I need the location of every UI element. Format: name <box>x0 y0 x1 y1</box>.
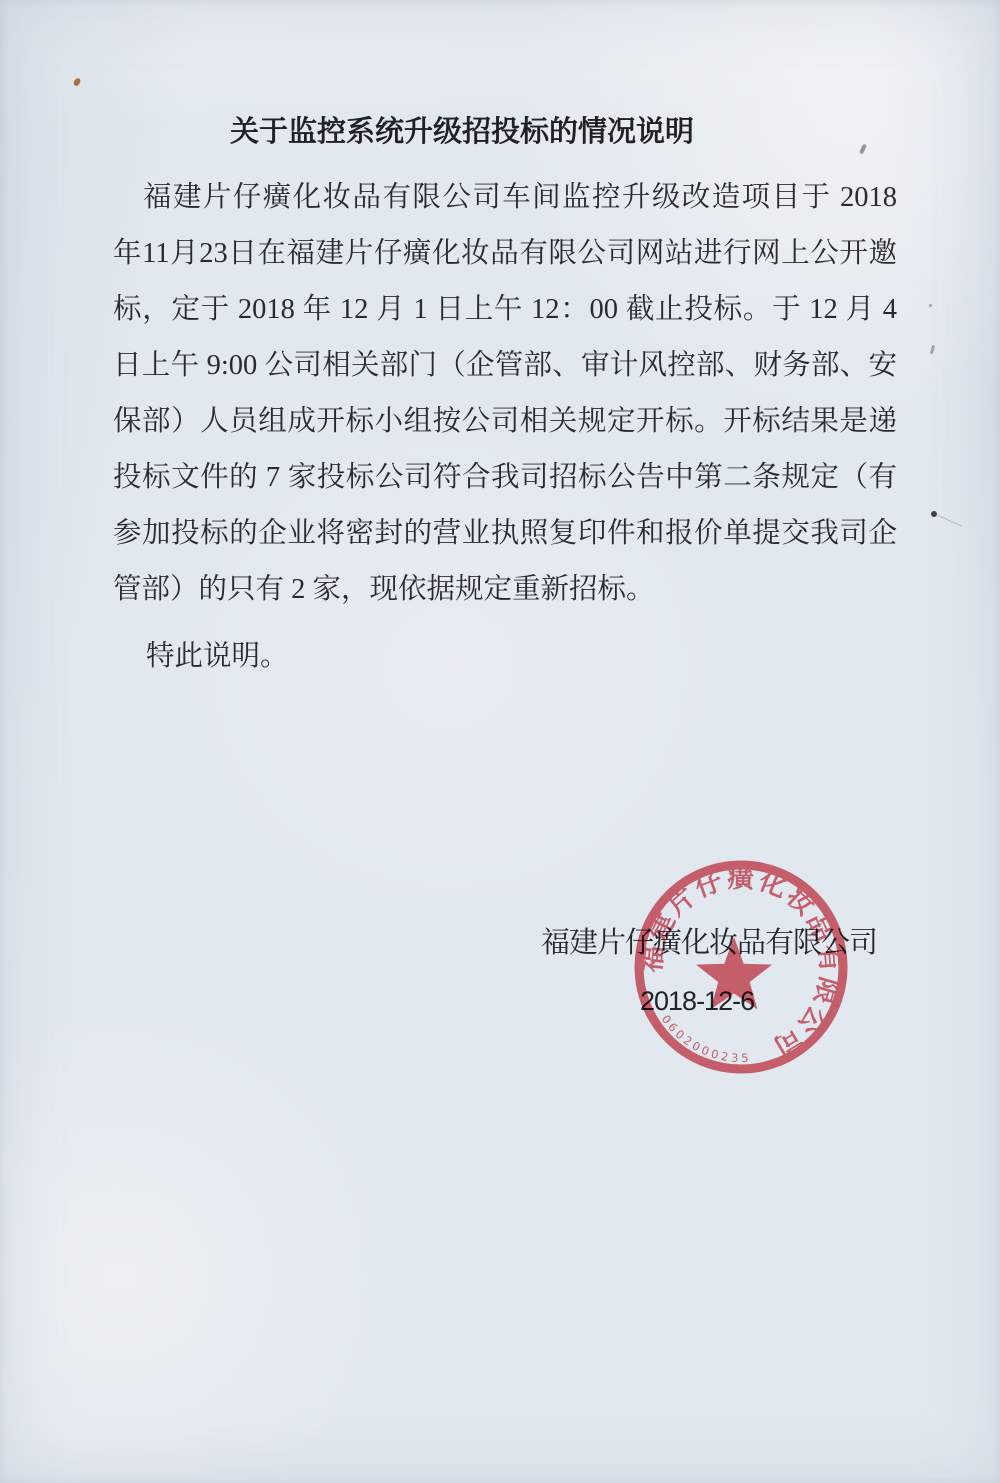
document-title: 关于监控系统升级招投标的情况说明 <box>113 109 897 150</box>
scanned-document-page: 关于监控系统升级招投标的情况说明 福建片仔癀化妆品有限公司车间监控升级改造项目于… <box>0 0 1000 1483</box>
body-line: 参加投标的企业将密封的营业执照复印件和报价单提交我司企 <box>113 506 897 562</box>
paper-dot-mark <box>931 511 937 517</box>
body-line: 标，定于 2018 年 12 月 1 日上午 12：00 截止投标。于 12 月… <box>113 282 897 338</box>
body-line: 保部）人员组成开标小组按公司相关规定开标。开标结果是递交 <box>113 394 897 450</box>
body-line: 福建片仔癀化妆品有限公司车间监控升级改造项目于 2018 <box>113 170 897 226</box>
body-line: 投标文件的 7 家投标公司符合我司招标公告中第二条规定（有意 <box>113 450 897 506</box>
seal-star-icon <box>696 937 772 1009</box>
paper-ink-speck <box>73 77 81 86</box>
paper-scratch-mark <box>938 515 962 526</box>
body-closing-line: 特此说明。 <box>113 629 897 685</box>
body-line: 年11月23日在福建片仔癀化妆品有限公司网站进行网上公开邀 <box>113 226 897 282</box>
paper-dot-mark <box>929 304 932 307</box>
paper-pen-mark <box>930 345 935 354</box>
body-line: 日上午 9:00 公司相关部门（企管部、审计风控部、财务部、安 <box>113 338 897 394</box>
document-body: 福建片仔癀化妆品有限公司车间监控升级改造项目于 2018 年11月23日在福建片… <box>113 170 897 685</box>
company-seal-stamp: 福建片仔癀化妆品有限公司 06020002355 <box>591 817 891 1117</box>
body-line: 管部）的只有 2 家，现依据规定重新招标。 <box>113 562 897 618</box>
